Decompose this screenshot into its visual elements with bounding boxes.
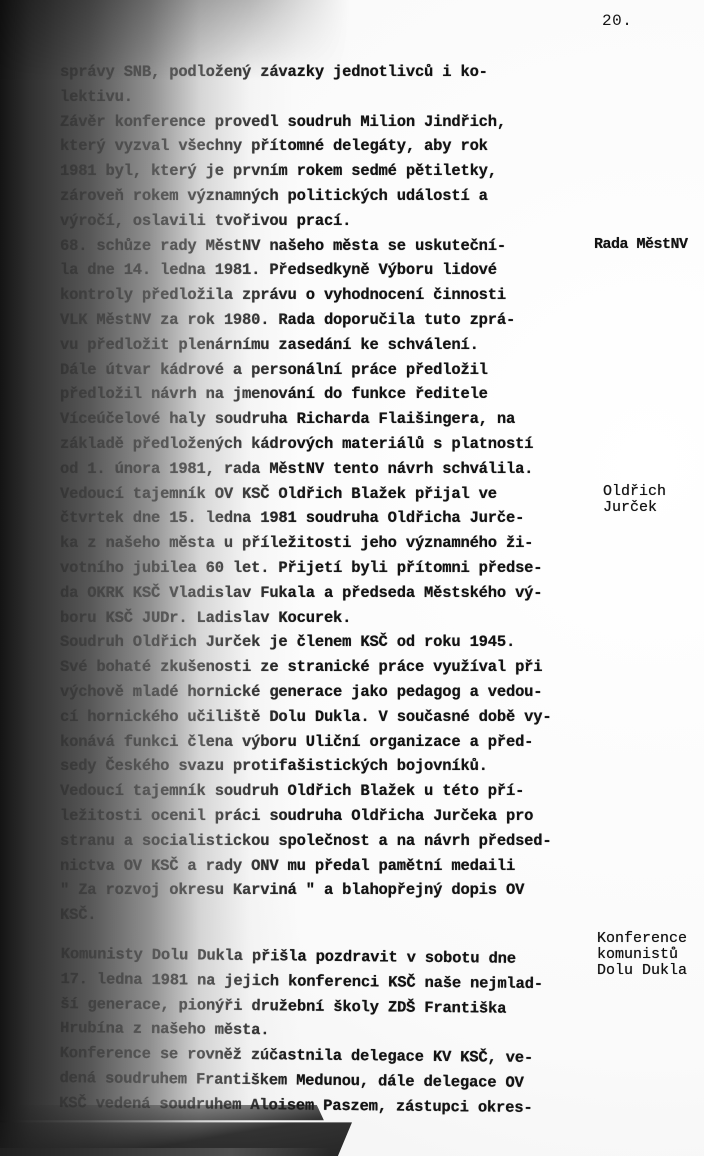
text-line: základě předložených kádrových materiálů… bbox=[60, 432, 590, 457]
text-block-konference: Komunisty Dolu Dukla přišla pozdravit v … bbox=[59, 942, 591, 1121]
text-line: kontroly předložila zprávu o vyhodnocení… bbox=[60, 283, 590, 308]
text-line: KSČ vedená soudruhem Aloisem Paszem, zás… bbox=[59, 1091, 589, 1121]
text-line: vu předložit plenárnímu zasedání ke schv… bbox=[60, 333, 590, 358]
page-number: 20. bbox=[602, 12, 632, 30]
text-line: votního jubilea 60 let. Přijetí byli pří… bbox=[60, 556, 590, 581]
text-line: da OKRK KSČ Vladislav Fukala a předseda … bbox=[60, 581, 590, 606]
text-line: Vedoucí tajemník soudruh Oldřich Blažek … bbox=[60, 779, 590, 804]
text-line: Soudruh Oldřich Jurček je členem KSČ od … bbox=[60, 630, 590, 655]
text-line: la dne 14. ledna 1981. Předsedkyně Výbor… bbox=[60, 258, 590, 283]
text-line: Své bohaté zkušenosti ze stranické práce… bbox=[60, 655, 590, 680]
document-page: 20. správy SNB, podložený závazky jednot… bbox=[0, 0, 704, 1156]
scan-edge-band bbox=[0, 1148, 330, 1156]
text-line: stranu a socialistickou společnost a na … bbox=[60, 829, 590, 854]
text-line: správy SNB, podložený závazky jednotlivc… bbox=[60, 60, 590, 85]
text-line: sedy Českého svazu protifašistických boj… bbox=[60, 754, 590, 779]
text-line: 68. schůze rady MěstNV našeho města se u… bbox=[60, 234, 590, 259]
text-line: cí hornického učiliště Dolu Dukla. V sou… bbox=[60, 705, 590, 730]
text-line: Víceúčelové haly soudruha Richarda Flaiš… bbox=[60, 407, 590, 432]
margin-note-oldrich-jurcek: Oldřich Jurček bbox=[603, 484, 666, 516]
text-line: ležitosti ocenil práci soudruha Oldřicha… bbox=[60, 804, 590, 829]
body-text: správy SNB, podložený závazky jednotlivc… bbox=[60, 60, 590, 1115]
margin-note-rada-mestnv: Rada MěstNV bbox=[594, 237, 688, 253]
text-line: Dále útvar kádrové a personální práce př… bbox=[60, 358, 590, 383]
text-line: lektivu. bbox=[60, 85, 590, 110]
text-line: konává funkci člena výboru Uliční organi… bbox=[60, 730, 590, 755]
text-line: VLK MěstNV za rok 1980. Rada doporučila … bbox=[60, 308, 590, 333]
text-line: 1981 byl, který je prvním rokem sedmé pě… bbox=[60, 159, 590, 184]
text-line: zároveň rokem významných politických udá… bbox=[60, 184, 590, 209]
text-block-main: správy SNB, podložený závazky jednotlivc… bbox=[60, 60, 590, 928]
margin-note-konference: Konference komunistů Dolu Dukla bbox=[597, 931, 687, 979]
text-line: od 1. února 1981, rada MěstNV tento návr… bbox=[60, 457, 590, 482]
text-line: " Za rozvoj okresu Karviná " a blahopřej… bbox=[60, 878, 590, 903]
text-line: boru KSČ JUDr. Ladislav Kocurek. bbox=[60, 606, 590, 631]
text-line: předložil návrh na jmenování do funkce ř… bbox=[60, 382, 590, 407]
text-line: výchově mladé hornické generace jako ped… bbox=[60, 680, 590, 705]
text-line: Vedoucí tajemník OV KSČ Oldřich Blažek p… bbox=[60, 482, 590, 507]
text-line: výročí, oslavili tvořivou prací. bbox=[60, 209, 590, 234]
text-line: ka z našeho města u příležitosti jeho vý… bbox=[60, 531, 590, 556]
text-line: KSČ. bbox=[60, 903, 590, 928]
text-line: čtvrtek dne 15. ledna 1981 soudruha Oldř… bbox=[60, 506, 590, 531]
text-line: Závěr konference provedl soudruh Milion … bbox=[60, 110, 590, 135]
text-line: nictva OV KSČ a rady ONV mu předal pamět… bbox=[60, 854, 590, 879]
paragraph-gap bbox=[60, 928, 590, 942]
text-line: který vyzval všechny přítomné delegáty, … bbox=[60, 134, 590, 159]
